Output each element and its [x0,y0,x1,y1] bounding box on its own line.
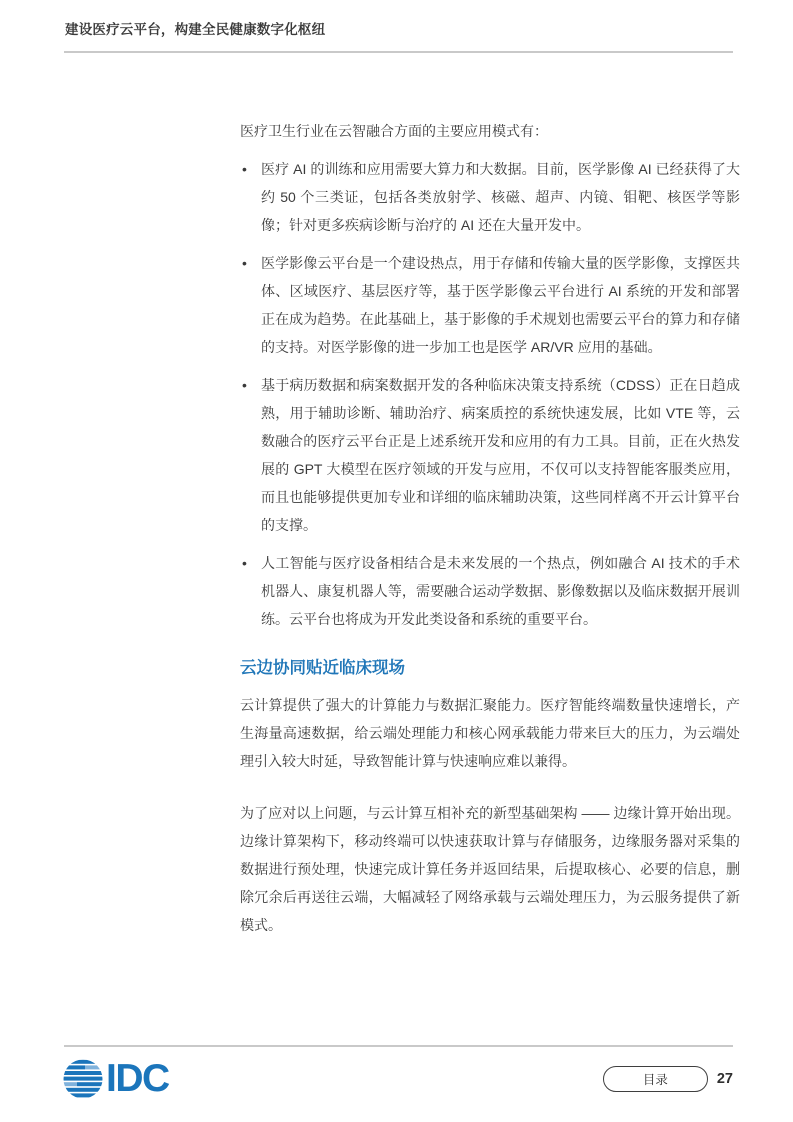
footer-divider [64,1045,733,1047]
bullet-list: 医疗 AI 的训练和应用需要大算力和大数据。目前，医学影像 AI 已经获得了大约… [240,155,740,633]
document-page: 建设医疗云平台，构建全民健康数字化枢纽 医疗卫生行业在云智融合方面的主要应用模式… [0,0,793,1122]
bullet-item: 人工智能与医疗设备相结合是未来发展的一个热点，例如融合 AI 技术的手术机器人、… [240,549,740,633]
idc-logo-text: IDC [106,1059,169,1099]
toc-button[interactable]: 目录 [603,1066,708,1092]
body-paragraph: 云计算提供了强大的计算能力与数据汇聚能力。医疗智能终端数量快速增长，产生海量高速… [240,691,740,775]
bullet-item: 医学影像云平台是一个建设热点，用于存储和传输大量的医学影像，支撑医共体、区域医疗… [240,249,740,361]
toc-button-label: 目录 [643,1070,668,1088]
footer-right-group: 目录 27 [603,1066,733,1092]
main-content: 医疗卫生行业在云智融合方面的主要应用模式有： 医疗 AI 的训练和应用需要大算力… [240,117,740,939]
section-heading: 云边协同贴近临床现场 [240,655,740,681]
header-title: 建设医疗云平台，构建全民健康数字化枢纽 [65,18,325,38]
bullet-item: 医疗 AI 的训练和应用需要大算力和大数据。目前，医学影像 AI 已经获得了大约… [240,155,740,239]
idc-logo: IDC [63,1058,169,1100]
bullet-item: 基于病历数据和病案数据开发的各种临床决策支持系统（CDSS）正在日趋成熟，用于辅… [240,371,740,539]
idc-globe-icon [63,1059,103,1099]
intro-paragraph: 医疗卫生行业在云智融合方面的主要应用模式有： [240,117,740,145]
page-number: 27 [717,1071,733,1087]
body-paragraph: 为了应对以上问题，与云计算互相补充的新型基础架构 —— 边缘计算开始出现。边缘计… [240,799,740,939]
header-divider [64,51,733,53]
